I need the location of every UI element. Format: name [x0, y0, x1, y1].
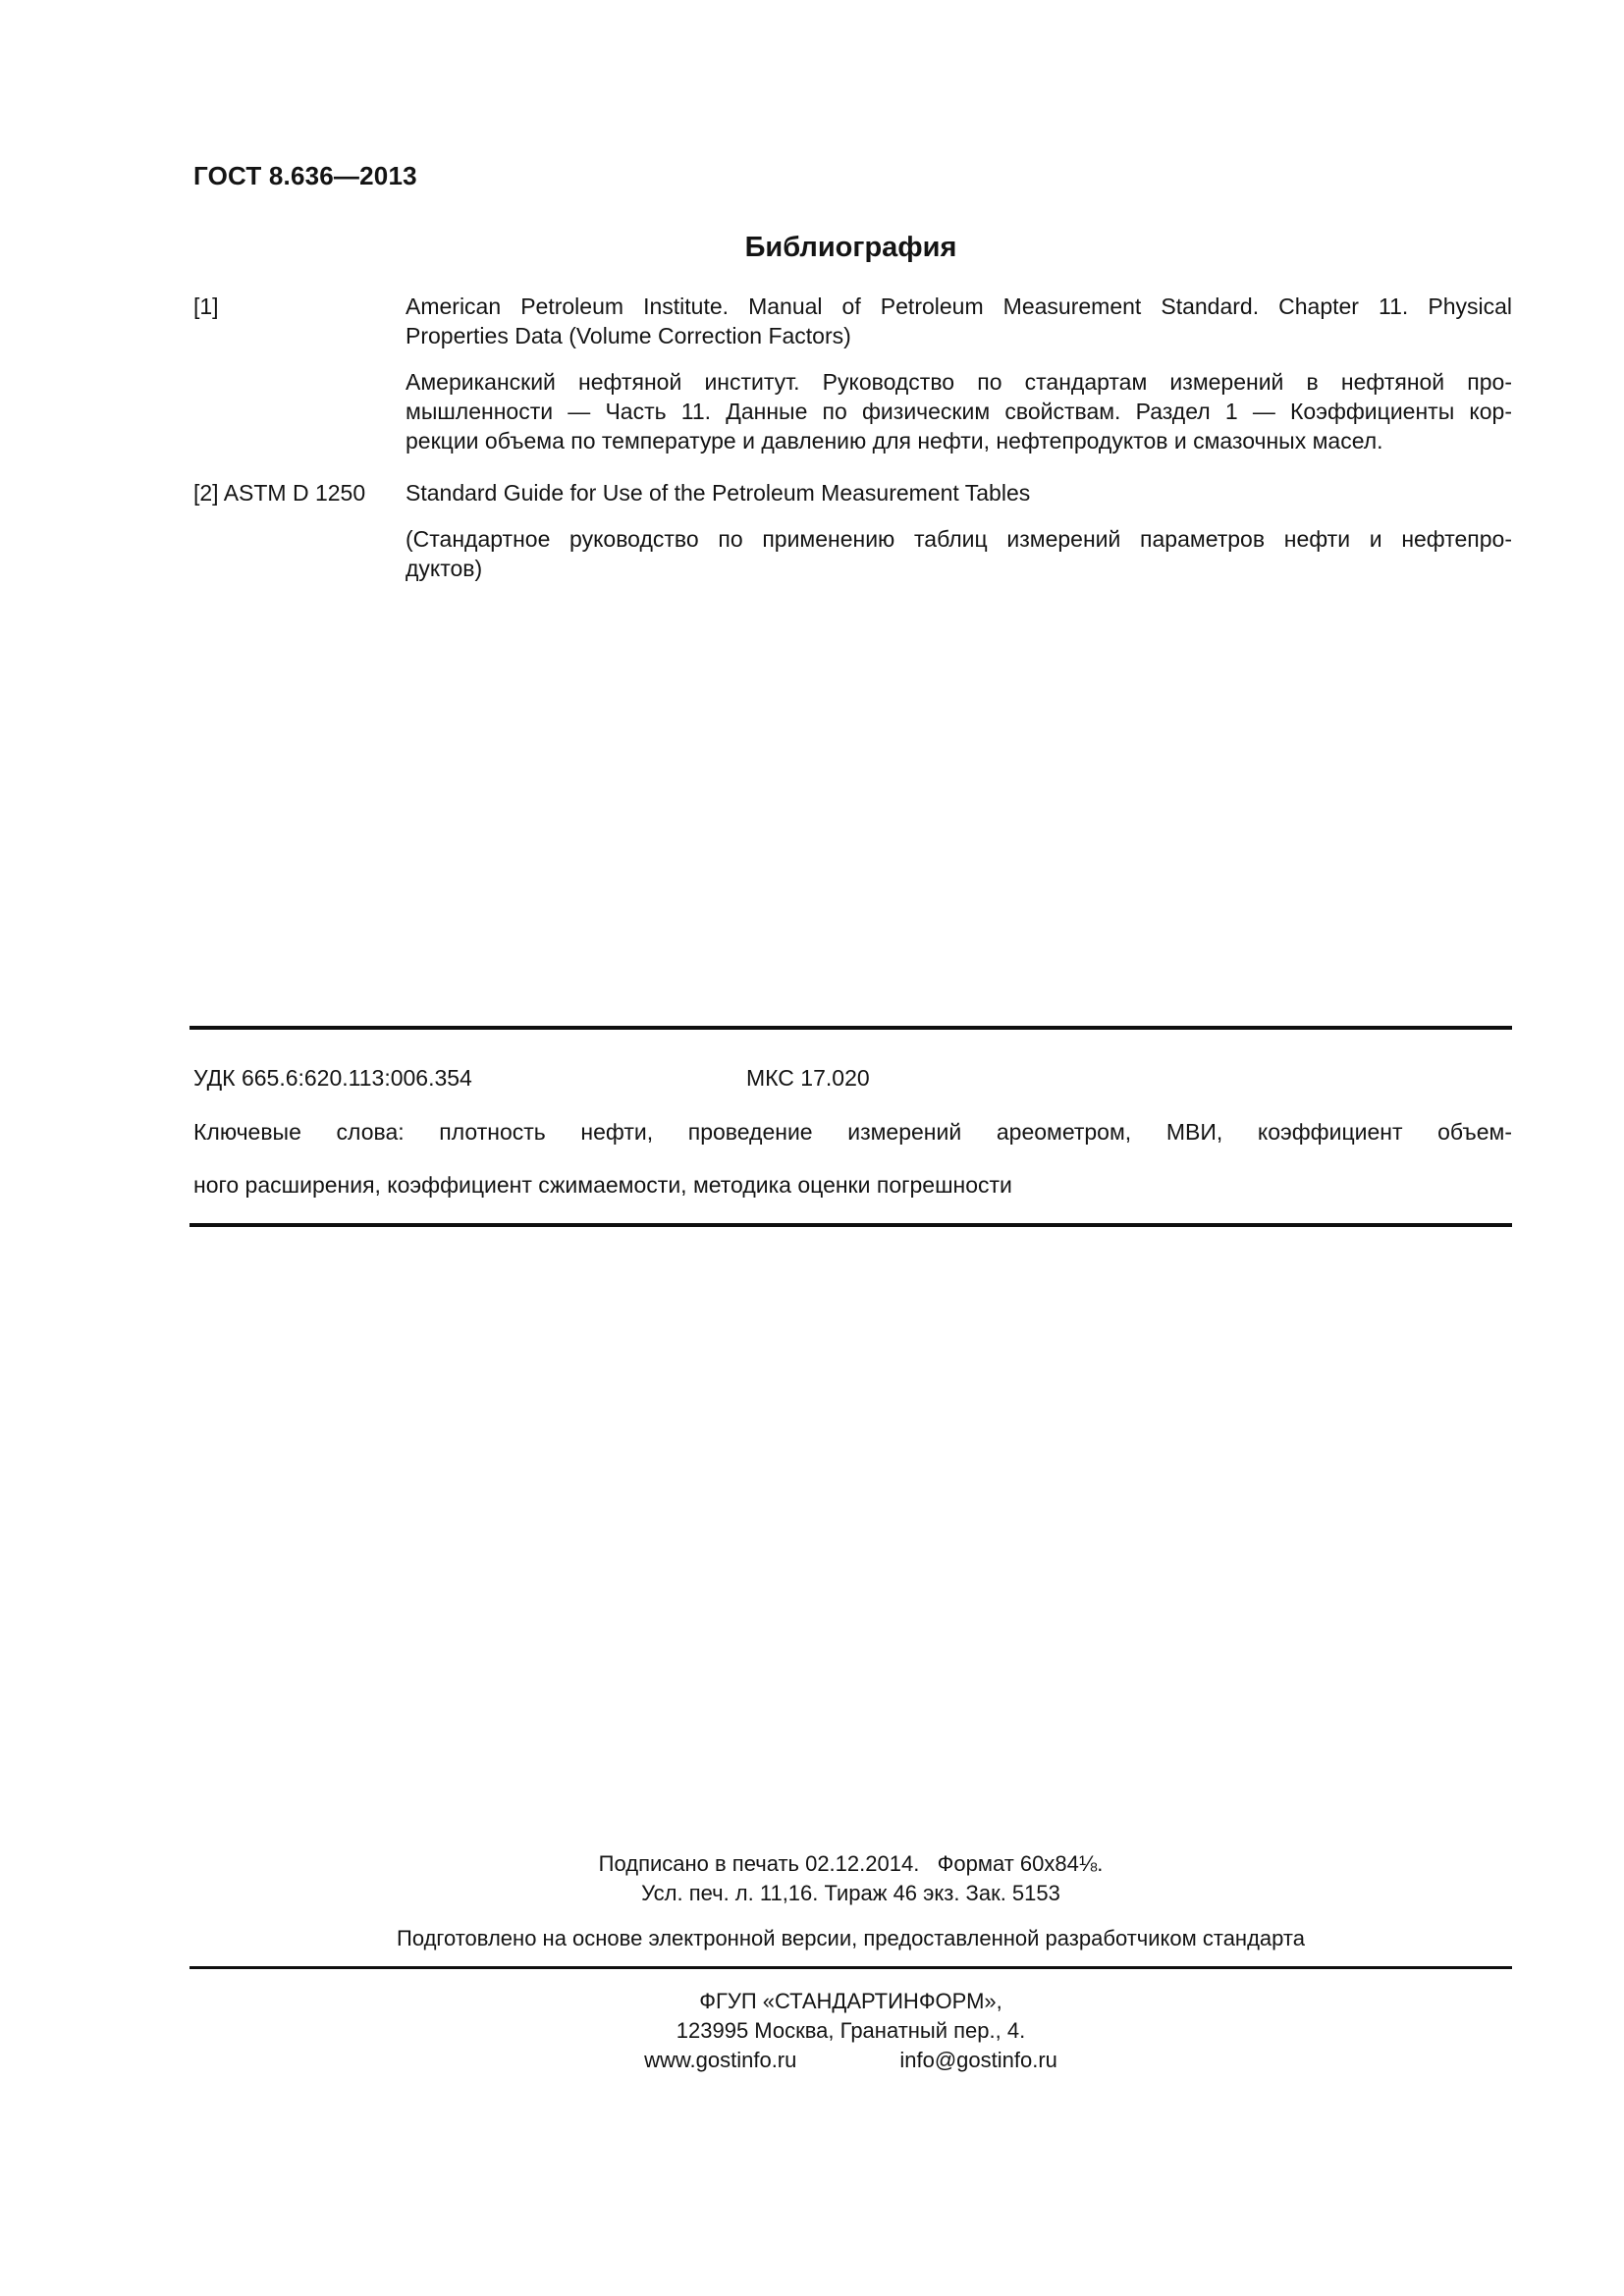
udk-code: УДК 665.6:620.113:006.354: [193, 1065, 472, 1091]
page-title: Библиография: [189, 232, 1512, 264]
doc-code: ГОСТ 8.636—2013: [193, 161, 417, 191]
publisher-email: info@gostinfo.ru: [899, 2046, 1057, 2075]
bib-entry-1-source: American Petroleum Institute. Manual of …: [406, 292, 1512, 350]
publisher-address: 123995 Москва, Гранатный пер., 4.: [189, 2016, 1512, 2046]
mks-code: МКС 17.020: [746, 1065, 870, 1092]
bib-entry-2-source: Standard Guide for Use of the Petroleum …: [406, 478, 1512, 507]
separator-rule-middle: [189, 1223, 1512, 1227]
bib-entry-1-translation-line-1: Американский нефтяной институт. Руководс…: [406, 367, 1512, 397]
classification-row: УДК 665.6:620.113:006.354 МКС 17.020: [193, 1065, 1512, 1092]
keywords-line-2: ного расширения, коэффициент сжимаемости…: [193, 1158, 1512, 1211]
imprint-line-1: Подписано в печать 02.12.2014. Формат 60…: [189, 1849, 1512, 1879]
publisher-website: www.gostinfo.ru: [644, 2046, 796, 2075]
publisher-block: ФГУП «СТАНДАРТИНФОРМ», 123995 Москва, Гр…: [189, 1987, 1512, 2075]
imprint-block: Подписано в печать 02.12.2014. Формат 60…: [189, 1849, 1512, 1908]
bib-entry-1-translation: Американский нефтяной институт. Руководс…: [406, 367, 1512, 455]
bib-entry-2-source-line-1: Standard Guide for Use of the Petroleum …: [406, 478, 1512, 507]
prepared-note: Подготовлено на основе электронной верси…: [189, 1924, 1512, 1953]
keywords-line-1: Ключевые слова: плотность нефти, проведе…: [193, 1105, 1512, 1158]
bib-entry-1-source-line-2: Properties Data (Volume Correction Facto…: [406, 321, 1512, 350]
separator-rule-bottom: [189, 1966, 1512, 1969]
keywords-paragraph: Ключевые слова: плотность нефти, проведе…: [193, 1105, 1512, 1211]
bib-entry-2-label: [2] ASTM D 1250: [193, 478, 365, 507]
bib-entry-2-translation: (Стандартное руководство по применению т…: [406, 524, 1512, 583]
imprint-line-2: Усл. печ. л. 11,16. Тираж 46 экз. Зак. 5…: [189, 1879, 1512, 1908]
bib-entry-1-translation-line-2: мышленности — Часть 11. Данные по физиче…: [406, 397, 1512, 426]
publisher-name: ФГУП «СТАНДАРТИНФОРМ»,: [189, 1987, 1512, 2016]
publisher-contacts: www.gostinfo.ru info@gostinfo.ru: [189, 2046, 1512, 2075]
bib-entry-1-translation-line-3: рекции объема по температуре и давлению …: [406, 426, 1512, 455]
document-page: ГОСТ 8.636—2013 Библиография [1] America…: [0, 0, 1624, 2296]
bib-entry-2-translation-line-1: (Стандартное руководство по применению т…: [406, 524, 1512, 554]
separator-rule-top: [189, 1026, 1512, 1030]
bib-entry-2-translation-line-2: дуктов): [406, 554, 1512, 583]
bib-entry-1-label: [1]: [193, 292, 219, 321]
bib-entry-1-source-line-1: American Petroleum Institute. Manual of …: [406, 292, 1512, 321]
